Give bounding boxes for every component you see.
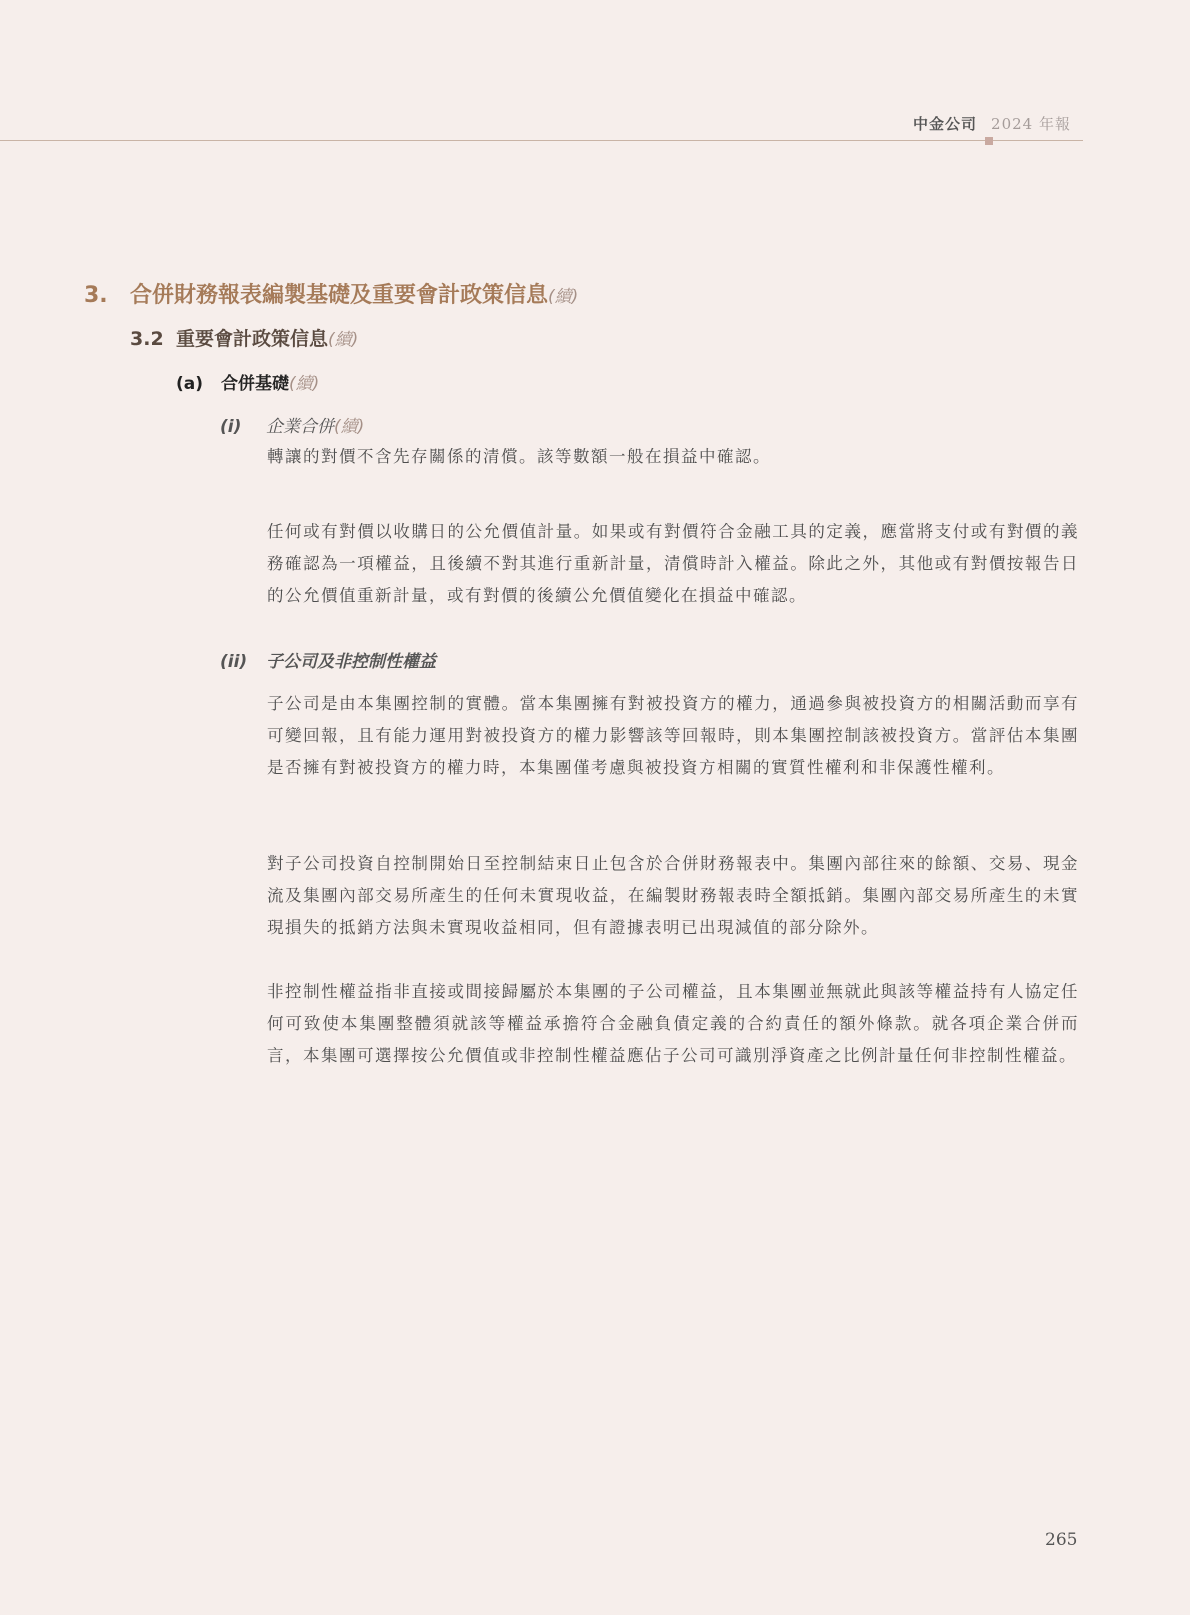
header-report-title: 2024 年報	[991, 115, 1071, 133]
subitem-number: (ii)	[220, 652, 266, 672]
paragraph: 非控制性權益指非直接或間接歸屬於本集團的子公司權益，且本集團並無就此與該等權益持…	[267, 976, 1079, 1072]
header-company: 中金公司	[913, 115, 977, 133]
header-text: 中金公司2024 年報	[913, 113, 1071, 134]
section-continued: (續)	[548, 287, 578, 307]
subsection-number: 3.2	[130, 328, 176, 350]
subitem-heading-i: (i)企業合併(續)	[220, 412, 364, 437]
section-number: 3.	[84, 283, 130, 308]
subitem-continued: (續)	[334, 417, 364, 437]
section-heading: 3.合併財務報表編製基礎及重要會計政策信息(續)	[84, 278, 578, 309]
subitem-title: 子公司及非控制性權益	[266, 652, 436, 672]
item-title: 合併基礎	[221, 374, 289, 394]
subsection-continued: (續)	[328, 330, 358, 350]
subitem-title: 企業合併	[266, 417, 334, 437]
subitem-heading-ii: (ii)子公司及非控制性權益	[220, 647, 436, 672]
subsection-heading: 3.2重要會計政策信息(續)	[130, 324, 358, 351]
header-divider	[0, 140, 1083, 141]
paragraph: 任何或有對價以收購日的公允價值計量。如果或有對價符合金融工具的定義，應當將支付或…	[267, 516, 1079, 612]
subsection-title: 重要會計政策信息	[176, 328, 328, 350]
item-continued: (續)	[289, 374, 319, 394]
item-heading: (a)合併基礎(續)	[176, 369, 319, 394]
item-number: (a)	[176, 374, 221, 394]
header-marker-square	[985, 137, 993, 145]
subitem-number: (i)	[220, 417, 266, 437]
paragraph: 轉讓的對價不含先存關係的清償。該等數額一般在損益中確認。	[267, 441, 1079, 473]
paragraph: 對子公司投資自控制開始日至控制結束日止包含於合併財務報表中。集團內部往來的餘額、…	[267, 848, 1079, 944]
page-number: 265	[1045, 1530, 1077, 1550]
paragraph: 子公司是由本集團控制的實體。當本集團擁有對被投資方的權力，通過參與被投資方的相關…	[267, 688, 1079, 784]
section-title: 合併財務報表編製基礎及重要會計政策信息	[130, 283, 548, 308]
